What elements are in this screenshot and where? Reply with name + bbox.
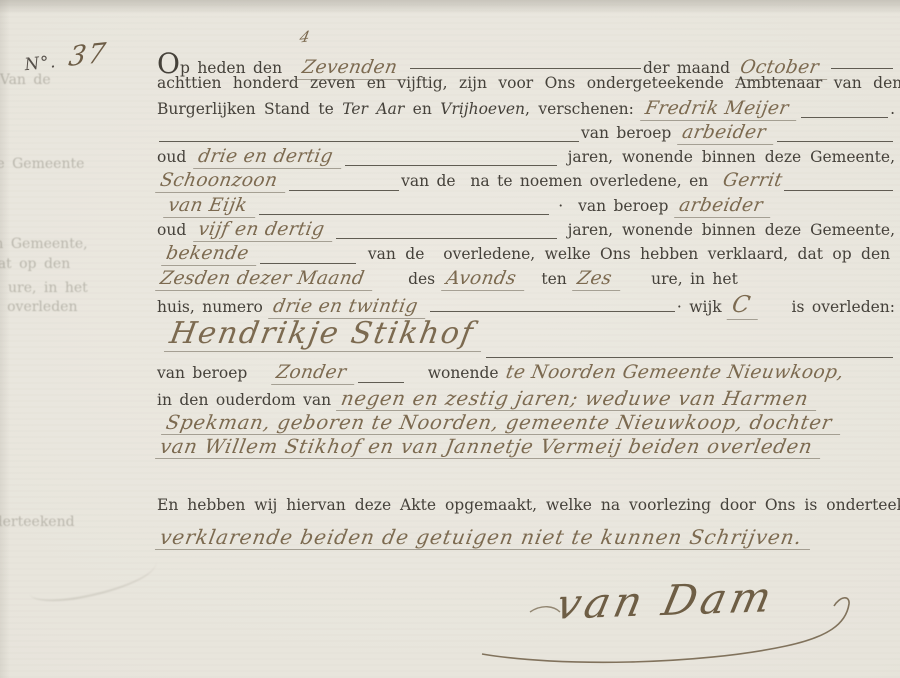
blank-rule	[801, 117, 889, 118]
line-deceased-name: Hendrikje Stikhof	[157, 317, 895, 363]
hw-deceased-parents: van Willem Stikhof en van Jannetje Verme…	[155, 436, 824, 459]
blank-rule	[410, 68, 641, 69]
printed-van-beroep-3: van beroep	[157, 364, 255, 382]
bleedthrough-fragment: laard, dat op den	[0, 256, 70, 272]
blank-rule	[784, 190, 893, 191]
printed-verschenen: , verschenen:	[525, 100, 642, 118]
blank-rule	[260, 263, 356, 264]
hw-witness1-age: drie en dertig	[193, 147, 345, 169]
bleedthrough-fragment: Ons is onderteekend	[0, 514, 75, 530]
printed-van-beroep: van beroep	[581, 124, 679, 142]
hw-deceased-profession: Zonder	[271, 363, 358, 385]
blank-rule	[430, 311, 675, 312]
blank-rule	[831, 68, 893, 69]
bleedthrough-signature-curve	[26, 549, 160, 607]
blank-rule	[336, 238, 556, 239]
line-declaration: verklarende beiden de getuigen niet te k…	[157, 526, 895, 550]
death-certificate-scan: { "colors": { "paper": "#e7e4db", "print…	[0, 0, 900, 678]
hw-death-hour: Zes	[572, 269, 623, 291]
blank-rule	[358, 382, 404, 383]
hw-witness2-firstname: Gerrit	[721, 171, 784, 191]
bleedthrough-fragment: aar, Van de	[0, 72, 51, 88]
bleedthrough-fragment: is overleden	[0, 299, 77, 315]
hw-deceased-residence: te Noorden Gemeente Nieuwkoop,	[504, 363, 845, 383]
printed-jaren-wonende: jaren, wonende binnen deze Gemeente,	[559, 148, 895, 166]
blank-rule	[159, 141, 579, 142]
printed-municipality-1: Ter Aar	[342, 100, 404, 118]
printed-ten: ten	[541, 270, 574, 288]
line-witness2-name: van Eijk · van beroep arbeider	[157, 196, 895, 220]
printed-relation: van de na te noemen overledene, en	[401, 172, 723, 190]
act-number-value: 37	[67, 37, 110, 73]
printed-van-beroep-2: · van beroep	[551, 197, 676, 215]
line-witness1-relation: Schoonzoonvan de na te noemen overledene…	[157, 171, 895, 195]
document-body: Op heden den Zevendender maand Octoberac…	[157, 50, 895, 550]
hw-witness2-relation: bekende	[161, 244, 260, 266]
blank-rule	[486, 357, 893, 358]
printed-declaration-intro: van de overledene, welke Ons hebben verk…	[358, 245, 890, 263]
line-death-datetime: Zesden dezer Maanddes Avondsten Zes ure,…	[157, 269, 895, 293]
hw-death-day: Zesden dezer Maand	[155, 269, 376, 291]
paper-background: N°. 37 4 Op heden den Zevendender maand …	[0, 0, 900, 678]
signature-flourish	[468, 566, 888, 671]
line-closing: En hebben wij hiervan deze Akte opgemaak…	[157, 496, 895, 520]
hw-deceased-birth: Spekman, geboren te Noorden, gemeente Ni…	[161, 412, 844, 435]
correction-mark: 4	[298, 27, 311, 46]
blank-rule	[777, 141, 893, 142]
printed-period: .	[890, 100, 895, 118]
printed-huis-numero: huis, numero	[157, 298, 270, 316]
printed-des: des	[408, 270, 442, 288]
printed-en: en	[404, 100, 440, 118]
printed-ure-in-het: ure, in het	[644, 270, 738, 288]
line-deceased-age: in den ouderdom van negen en zestig jare…	[157, 388, 895, 412]
line-deceased-birth: Spekman, geboren te Noorden, gemeente Ni…	[157, 412, 895, 436]
line-deceased-parents: van Willem Stikhof en van Jannetje Verme…	[157, 436, 895, 460]
hw-deceased-age-widow: negen en zestig jaren; weduwe van Harmen	[336, 388, 820, 411]
hw-day-of-month: Zevenden	[298, 58, 410, 80]
line-house: huis, numero drie en twintig· wijk C is …	[157, 293, 895, 317]
blank-rule	[289, 190, 399, 191]
hw-witness1-name: Fredrik Meijer	[640, 99, 800, 121]
line-blank-profession1: van beroep arbeider	[157, 123, 895, 147]
hw-month: October	[735, 58, 830, 80]
blank-rule	[259, 214, 549, 215]
hw-witness2-surname: van Eijk	[163, 196, 259, 218]
hw-witness1-relation: Schoonzoon	[155, 171, 289, 193]
hw-death-daypart: Avonds	[441, 269, 528, 291]
printed-registry: Burgerlijken Stand te	[157, 100, 342, 118]
printed-wonende: wonende	[428, 364, 506, 382]
hw-district-letter: C	[727, 293, 763, 320]
hw-declaration-cannot-write: verklarende beiden de getuigen niet te k…	[155, 526, 814, 550]
line-deceased-profession: van beroep Zonderwonende te Noorden Geme…	[157, 363, 895, 387]
line-witness1-age: oud drie en dertig jaren, wonende binnen…	[157, 147, 895, 171]
line-registry: Burgerlijken Stand te Ter Aar en Vrijhoe…	[157, 99, 895, 123]
signature-block: van Dam	[468, 566, 888, 671]
bleedthrough-fragment: ure, in het	[8, 280, 88, 296]
hw-witness1-profession: arbeider	[677, 123, 777, 145]
hw-deceased-name: Hendrikje Stikhof	[164, 317, 487, 352]
printed-oud: oud	[157, 148, 195, 166]
hw-witness2-profession: arbeider	[674, 196, 774, 218]
printed-oud-2: oud	[157, 221, 195, 239]
printed-jaren-wonende-2: jaren, wonende binnen deze Gemeente,	[559, 221, 895, 239]
blank-rule	[345, 165, 557, 166]
printed-ouderdom: in den ouderdom van	[157, 391, 338, 409]
printed-closing: En hebben wij hiervan deze Akte opgemaak…	[157, 496, 900, 514]
printed-is-overleden: is overleden:	[784, 298, 895, 316]
bleedthrough-fragment: nen deze Gemeente	[0, 156, 84, 172]
hw-witness2-age: vijf en dertig	[193, 220, 336, 242]
printed-wijk: · wijk	[677, 298, 729, 316]
printed-municipality-2: Vrijhoeven	[440, 100, 525, 118]
line-witness2-relation: bekende van de overledene, welke Ons heb…	[157, 244, 895, 268]
line-witness2-age: oud vijf en dertig jaren, wonende binnen…	[157, 220, 895, 244]
bleedthrough-fragment: om den Gemeente,	[0, 236, 88, 252]
line-opening-date: Op heden den Zevendender maand October	[157, 50, 895, 74]
